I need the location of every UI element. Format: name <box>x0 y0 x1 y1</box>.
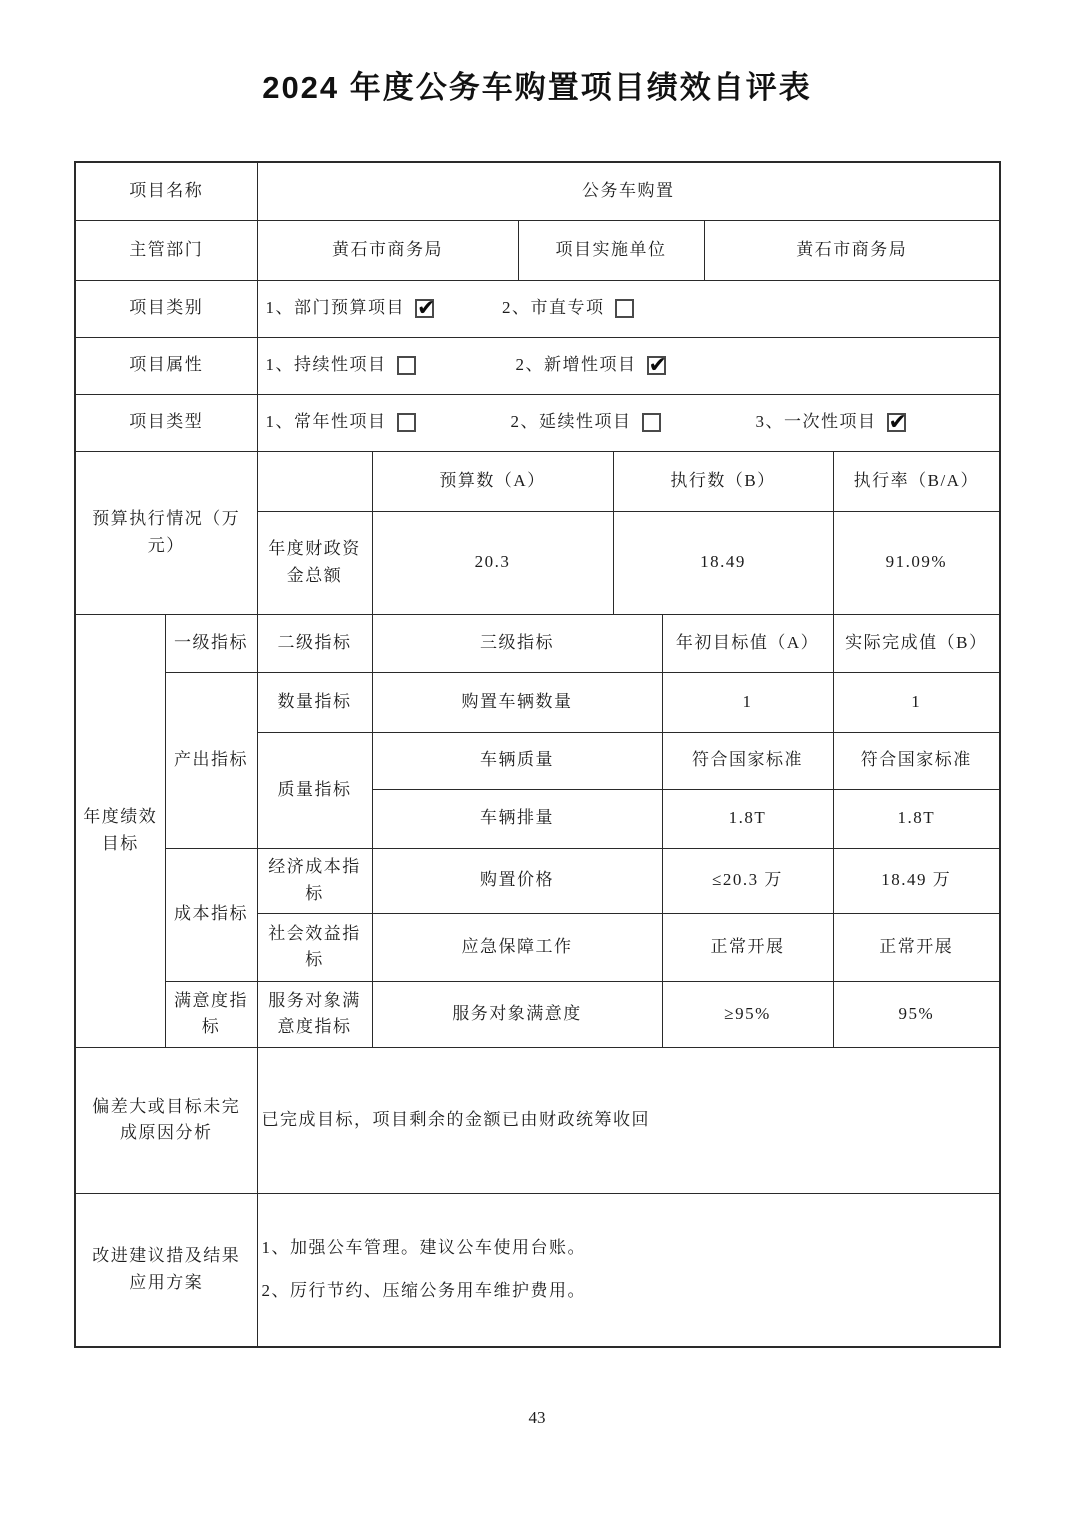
header-level1: 一级指标 <box>165 614 257 672</box>
checkbox-empty-icon <box>397 413 416 432</box>
header-level3: 三级指标 <box>372 614 662 672</box>
deviation-label: 偏差大或目标未完成原因分析 <box>75 1047 257 1193</box>
project-name-label: 项目名称 <box>75 162 257 220</box>
row-project-name: 项目名称 公务车购置 <box>75 162 1000 220</box>
implementer-value: 黄石市商务局 <box>704 220 1000 280</box>
level2-social-benefit-indicator: 社会效益指标 <box>257 913 372 981</box>
attribute-options: 1、持续性项目 2、新增性项目 <box>262 352 996 378</box>
project-type-options: 1、常年性项目 2、延续性项目 3、一次性项目 <box>262 409 996 435</box>
actual-vehicle-displacement: 1.8T <box>833 789 1000 848</box>
option-city-special: 2、市直专项 <box>502 295 634 321</box>
checkbox-checked-icon <box>647 356 666 375</box>
row-category: 项目类别 1、部门预算项目 2、市直专项 <box>75 280 1000 337</box>
header-target: 年初目标值（A） <box>662 614 833 672</box>
header-actual: 实际完成值（B） <box>833 614 1000 672</box>
actual-vehicle-quality: 符合国家标准 <box>833 732 1000 789</box>
level2-service-satisfaction-indicator: 服务对象满意度指标 <box>257 981 372 1047</box>
row-project-type: 项目类型 1、常年性项目 2、延续性项目 3、一次性项目 <box>75 394 1000 451</box>
option-annual-project: 1、常年性项目 <box>266 409 416 435</box>
row-deviation-analysis: 偏差大或目标未完成原因分析 已完成目标，项目剩余的金额已由财政统筹收回 <box>75 1047 1000 1193</box>
level3-purchase-price: 购置价格 <box>372 848 662 913</box>
actual-vehicle-quantity: 1 <box>833 672 1000 732</box>
checkbox-checked-icon <box>415 299 434 318</box>
level1-cost-indicator: 成本指标 <box>165 848 257 981</box>
category-label: 项目类别 <box>75 280 257 337</box>
self-evaluation-table: 项目名称 公务车购置 主管部门 黄石市商务局 项目实施单位 黄石市商务局 项目类… <box>74 161 1001 1348</box>
budget-col-rate: 执行率（B/A） <box>833 451 1000 511</box>
level1-satisfaction-indicator: 满意度指标 <box>165 981 257 1047</box>
checkbox-empty-icon <box>615 299 634 318</box>
attribute-label: 项目属性 <box>75 337 257 394</box>
actual-purchase-price: 18.49 万 <box>833 848 1000 913</box>
row-satisfaction: 满意度指标 服务对象满意度指标 服务对象满意度 ≥95% 95% <box>75 981 1000 1047</box>
checkbox-empty-icon <box>642 413 661 432</box>
budget-row-label: 年度财政资金总额 <box>257 511 372 614</box>
department-label: 主管部门 <box>75 220 257 280</box>
level2-quality-indicator: 质量指标 <box>257 732 372 848</box>
option-new-project: 2、新增性项目 <box>516 352 666 378</box>
project-type-label: 项目类型 <box>75 394 257 451</box>
target-vehicle-displacement: 1.8T <box>662 789 833 848</box>
project-name-value: 公务车购置 <box>257 162 1000 220</box>
checkbox-checked-icon <box>887 413 906 432</box>
budget-value: 20.3 <box>372 511 613 614</box>
row-indicator-header: 年度绩效目标 一级指标 二级指标 三级指标 年初目标值（A） 实际完成值（B） <box>75 614 1000 672</box>
budget-section-label: 预算执行情况（万元） <box>75 451 257 614</box>
level3-vehicle-quality: 车辆质量 <box>372 732 662 789</box>
level1-output-indicator: 产出指标 <box>165 672 257 848</box>
checkbox-empty-icon <box>397 356 416 375</box>
implementer-label: 项目实施单位 <box>518 220 704 280</box>
level2-quantity-indicator: 数量指标 <box>257 672 372 732</box>
header-level2: 二级指标 <box>257 614 372 672</box>
level2-economic-cost-indicator: 经济成本指标 <box>257 848 372 913</box>
option-dept-budget-project: 1、部门预算项目 <box>266 295 435 321</box>
row-purchase-price: 成本指标 经济成本指标 购置价格 ≤20.3 万 18.49 万 <box>75 848 1000 913</box>
deviation-content: 已完成目标，项目剩余的金额已由财政统筹收回 <box>257 1047 1000 1193</box>
target-satisfaction: ≥95% <box>662 981 833 1047</box>
improvement-content: 1、加强公车管理。建议公车使用台账。 2、厉行节约、压缩公务用车维护费用。 <box>257 1193 1000 1347</box>
level3-emergency-support: 应急保障工作 <box>372 913 662 981</box>
option-continuous-project: 1、持续性项目 <box>266 352 416 378</box>
row-department: 主管部门 黄石市商务局 项目实施单位 黄石市商务局 <box>75 220 1000 280</box>
target-purchase-price: ≤20.3 万 <box>662 848 833 913</box>
budget-col-executed: 执行数（B） <box>613 451 833 511</box>
row-quantity-indicator: 产出指标 数量指标 购置车辆数量 1 1 <box>75 672 1000 732</box>
rate-value: 91.09% <box>833 511 1000 614</box>
level3-vehicle-quantity: 购置车辆数量 <box>372 672 662 732</box>
actual-satisfaction: 95% <box>833 981 1000 1047</box>
target-emergency-support: 正常开展 <box>662 913 833 981</box>
executed-value: 18.49 <box>613 511 833 614</box>
budget-col-budget: 预算数（A） <box>372 451 613 511</box>
target-vehicle-quality: 符合国家标准 <box>662 732 833 789</box>
page-title: 2024 年度公务车购置项目绩效自评表 <box>0 62 1074 107</box>
row-attribute: 项目属性 1、持续性项目 2、新增性项目 <box>75 337 1000 394</box>
category-options: 1、部门预算项目 2、市直专项 <box>262 295 996 321</box>
improvement-line-2: 2、厉行节约、压缩公务用车维护费用。 <box>262 1270 996 1313</box>
option-one-time-project: 3、一次性项目 <box>756 409 906 435</box>
level3-vehicle-displacement: 车辆排量 <box>372 789 662 848</box>
target-vehicle-quantity: 1 <box>662 672 833 732</box>
improvement-line-1: 1、加强公车管理。建议公车使用台账。 <box>262 1227 996 1270</box>
actual-emergency-support: 正常开展 <box>833 913 1000 981</box>
row-improvement: 改进建议措及结果应用方案 1、加强公车管理。建议公车使用台账。 2、厉行节约、压… <box>75 1193 1000 1347</box>
page-number: 43 <box>0 1408 1074 1428</box>
budget-empty-cell <box>257 451 372 511</box>
improvement-label: 改进建议措及结果应用方案 <box>75 1193 257 1347</box>
row-budget-header: 预算执行情况（万元） 预算数（A） 执行数（B） 执行率（B/A） <box>75 451 1000 511</box>
option-extended-project: 2、延续性项目 <box>511 409 661 435</box>
level3-service-satisfaction: 服务对象满意度 <box>372 981 662 1047</box>
department-value: 黄石市商务局 <box>257 220 518 280</box>
performance-section-label: 年度绩效目标 <box>75 614 165 1047</box>
